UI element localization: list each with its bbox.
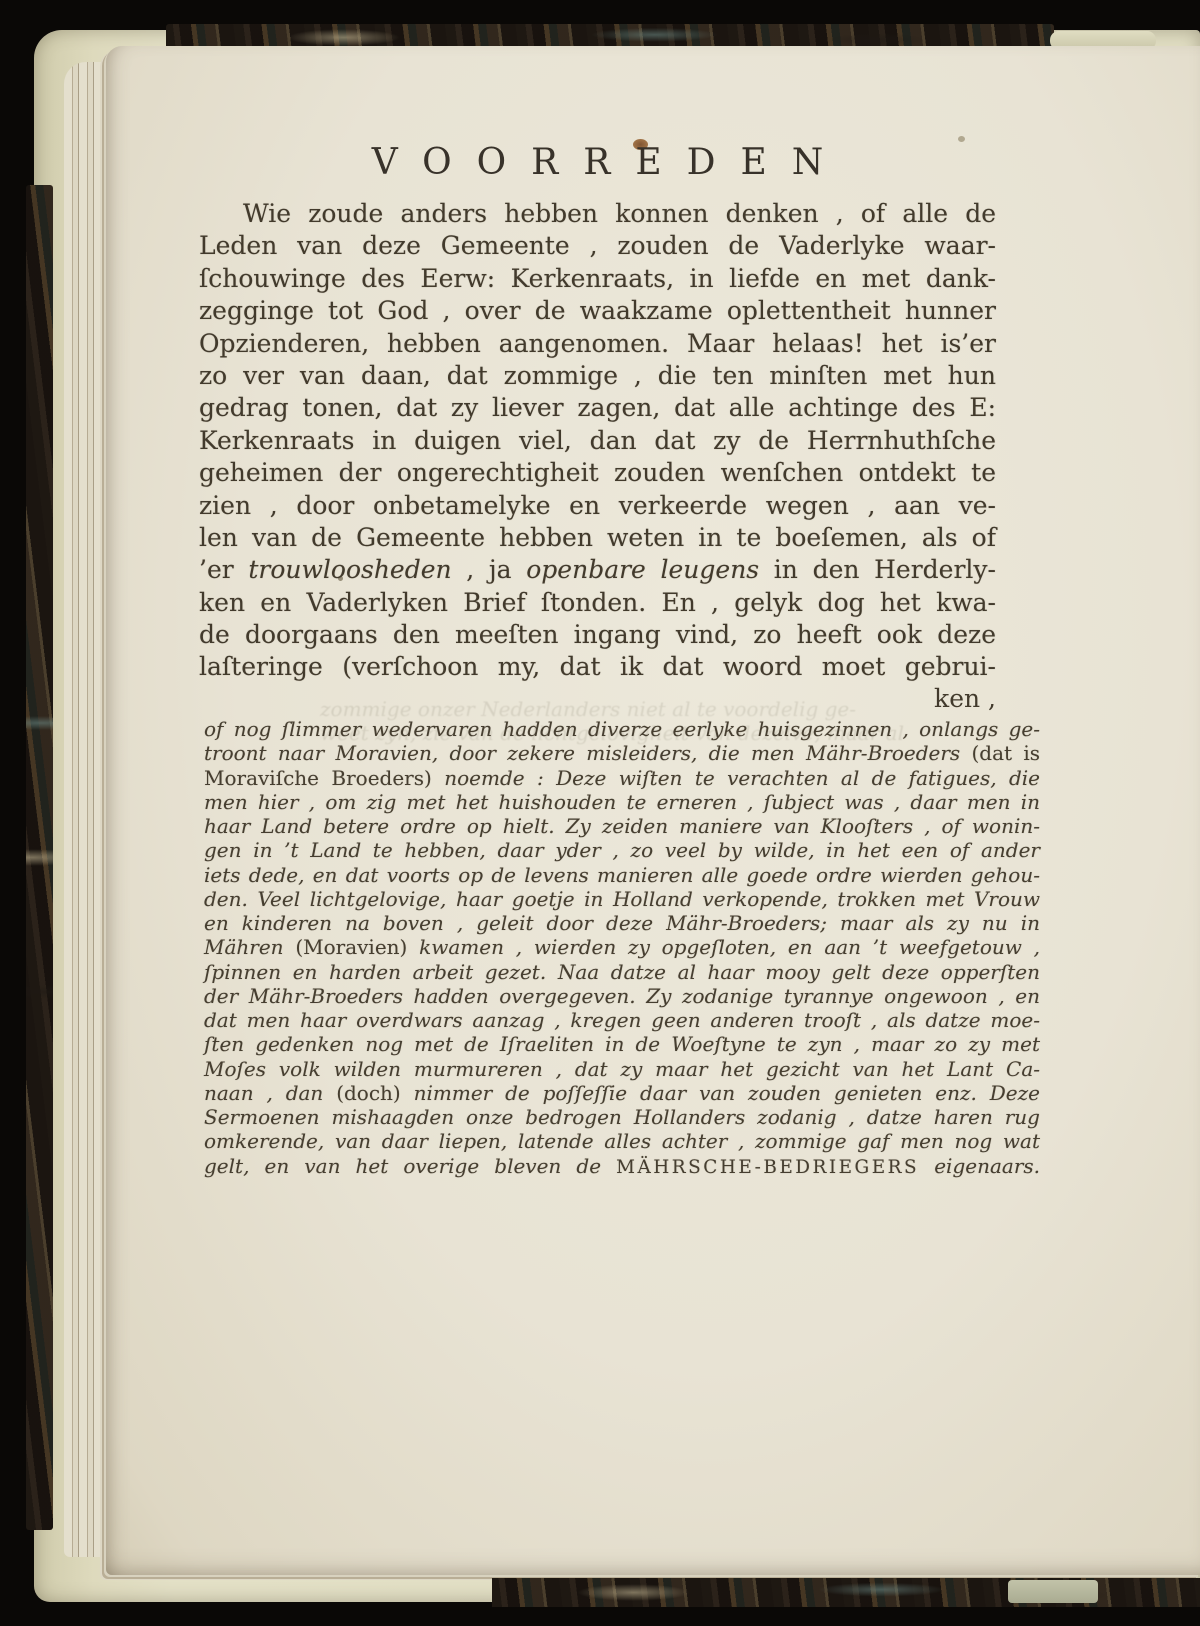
text-line: geheimen der ongerechtigheit zouden wenſ… xyxy=(199,457,996,489)
text-line: omkerende, van daar liepen, latende alle… xyxy=(204,1129,1040,1153)
text-line: iets dede, en dat voorts op de levens ma… xyxy=(204,863,1040,887)
text-line: len van de Gemeente hebben weten in te b… xyxy=(199,522,996,554)
text-line: Leden van deze Gemeente , zouden de Vade… xyxy=(199,230,996,262)
text-line: men hier , om zig met het huishouden te … xyxy=(204,790,1040,814)
text-line: gedrag tonen, dat zy liever zagen, dat a… xyxy=(199,392,996,424)
text-line: naan , dan (doch) nimmer de poſſeſſie da… xyxy=(204,1081,1040,1105)
text-line: zo ver van daan, dat zommige , die ten m… xyxy=(199,360,996,392)
text-line: zien , door onbetamelyke en verkeerde we… xyxy=(199,490,996,522)
text-line: laſteringe (verſchoon my, dat ik dat woo… xyxy=(199,651,996,683)
text-line: Sermoenen mishaagden onze bedrogen Holla… xyxy=(204,1105,1040,1129)
catchword: ken , xyxy=(199,684,996,713)
scan-background: { "colors":{ "background":"#0a0806", "pa… xyxy=(0,0,1200,1626)
text-line: Kerkenraats in duigen viel, dan dat zy d… xyxy=(199,425,996,457)
text-line: gelt, en van het overige bleven de MÄHRS… xyxy=(204,1154,1040,1178)
text-line: of nog ſlimmer wedervaren hadden diverze… xyxy=(204,717,1040,741)
text-line: gen in ’t Land te hebben, daar yder , zo… xyxy=(204,838,1040,862)
preface-paragraph: Wie zoude anders hebben konnen denken , … xyxy=(199,198,996,684)
page-title: VOORREDEN xyxy=(200,142,995,183)
text-line: den. Veel lichtgelovige, haar goetje in … xyxy=(204,887,1040,911)
text-line: Opzienderen, hebben aangenomen. Maar hel… xyxy=(199,328,996,360)
text-line: Wie zoude anders hebben konnen denken , … xyxy=(199,198,996,230)
text-line: ken en Vaderlyken Brief ſtonden. En , ge… xyxy=(199,587,996,619)
footnote-section: of nog ſlimmer wedervaren hadden diverze… xyxy=(204,717,1040,1178)
cover-edge-roll-bottom xyxy=(1008,1580,1098,1603)
text-line: dat men haar overdwars aanzag , kregen g… xyxy=(204,1008,1040,1032)
text-line: en kinderen na boven , geleit door deze … xyxy=(204,911,1040,935)
text-line: troont naar Moravien, door zekere mislei… xyxy=(204,741,1040,765)
marbled-edge-left xyxy=(26,185,53,1530)
text-line: zegginge tot God , over de waakzame ople… xyxy=(199,295,996,327)
text-line: de doorgaans den meeſten ingang vind, zo… xyxy=(199,619,996,651)
text-line: Moſes volk wilden murmureren , dat zy ma… xyxy=(204,1057,1040,1081)
text-line: der Mähr-Broeders hadden overgegeven. Zy… xyxy=(204,984,1040,1008)
text-line: haar Land betere ordre op hielt. Zy zeid… xyxy=(204,814,1040,838)
text-line: ſten gedenken nog met de Iſraeliten in d… xyxy=(204,1032,1040,1056)
text-line: ſpinnen en harden arbeit gezet. Naa datz… xyxy=(204,960,1040,984)
text-line: ’er trouwloosheden , ja openbare leugens… xyxy=(199,554,996,586)
text-line: Mähren (Moravien) kwamen , wierden zy op… xyxy=(204,935,1040,959)
text-line: ſchouwinge des Eerw: Kerkenraats, in lie… xyxy=(199,263,996,295)
text-line: Moraviſche Broeders) noemde : Deze wiſte… xyxy=(204,766,1040,790)
